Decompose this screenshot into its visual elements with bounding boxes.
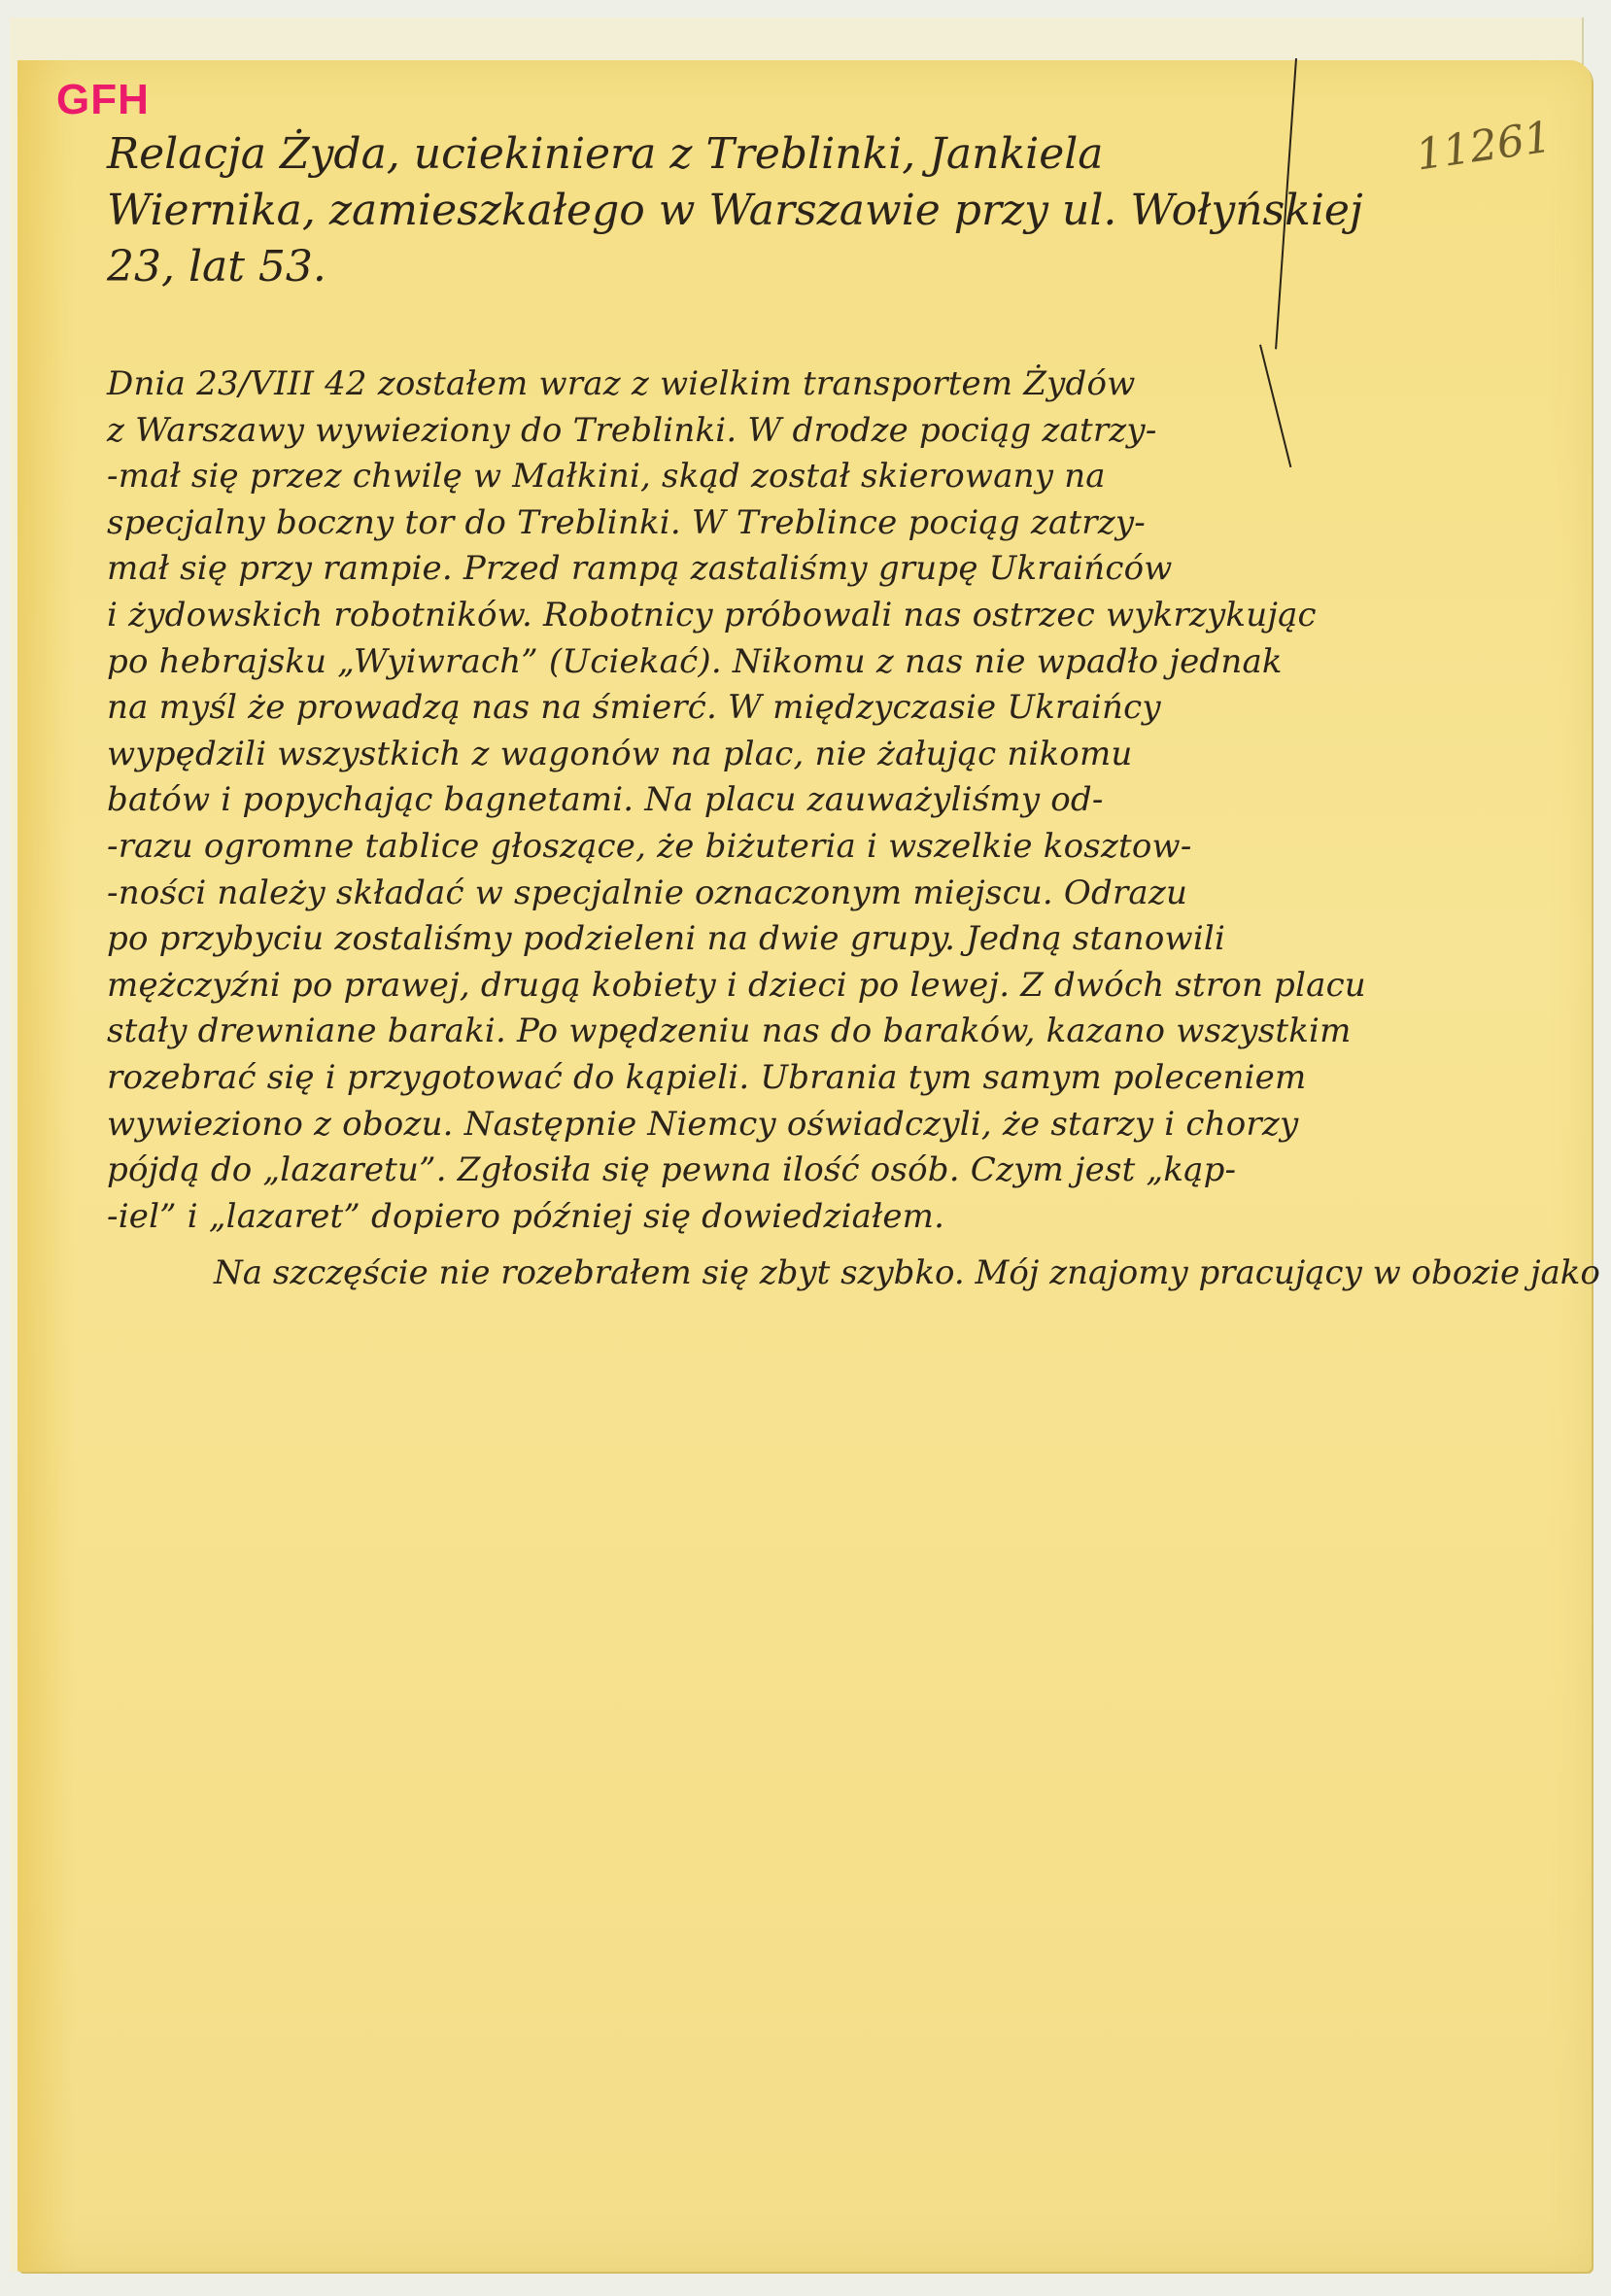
text-line: Na szczęście nie rozebrałem się zbyt szy… [107, 1253, 1188, 1292]
text-line: mał się przy rampie. Przed rampą zastali… [107, 546, 1516, 593]
text-line: z Warszawy wywieziony do Treblinki. W dr… [107, 408, 1516, 455]
text-line: Dnia 23/VIII 42 zostałem wraz z wielkim … [107, 361, 1516, 408]
text-line: stały drewniane baraki. Po wpędzeniu nas… [107, 1009, 1516, 1055]
text-line: -razu ogromne tablice głoszące, że biżut… [107, 824, 1516, 871]
text-line: batów i popychając bagnetami. Na placu z… [107, 777, 1516, 824]
paragraph-1: Dnia 23/VIII 42 zostałem wraz z wielkim … [107, 361, 1516, 1240]
gfh-stamp: GFH [56, 76, 150, 124]
heading-line: Relacja Żyda, uciekiniera z Treblinki, J… [107, 126, 1516, 183]
text-line: po przybyciu zostaliśmy podzieleni na dw… [107, 916, 1516, 963]
text-line: specjalny boczny tor do Treblinki. W Tre… [107, 500, 1516, 547]
text-line: -mał się przez chwilę w Małkini, skąd zo… [107, 454, 1516, 500]
heading-line: 23, lat 53. [107, 239, 1516, 295]
text-line: pracujący w obozie jako grabarz wyjawił … [1199, 1253, 1611, 1292]
text-line: wypędzili wszystkich z wagonów na plac, … [107, 732, 1516, 778]
document-heading: Relacja Żyda, uciekiniera z Treblinki, J… [107, 126, 1516, 295]
text-line: mężczyźni po prawej, drugą kobiety i dzi… [107, 963, 1516, 1010]
paragraph-2: Na szczęście nie rozebrałem się zbyt szy… [107, 1251, 1516, 1297]
heading-line: Wiernika, zamieszkałego w Warszawie przy… [107, 183, 1516, 239]
text-line: po hebrajsku „Wyiwrach” (Uciekać). Nikom… [107, 639, 1516, 686]
document-scan: GFH 11261 Relacja Żyda, uciekiniera z Tr… [0, 0, 1611, 2296]
text-line: rozebrać się i przygotować do kąpieli. U… [107, 1055, 1516, 1102]
text-line: -ności należy składać w specjalnie oznac… [107, 871, 1516, 917]
text-line: i żydowskich robotników. Robotnicy próbo… [107, 593, 1516, 639]
text-line: -iel” i „lazaret” dopiero później się do… [107, 1194, 1516, 1241]
text-line: na myśl że prowadzą nas na śmierć. W mię… [107, 685, 1516, 732]
text-line: wywieziono z obozu. Następnie Niemcy ośw… [107, 1102, 1516, 1148]
text-line: pójdą do „lazaretu”. Zgłosiła się pewna … [107, 1148, 1516, 1194]
